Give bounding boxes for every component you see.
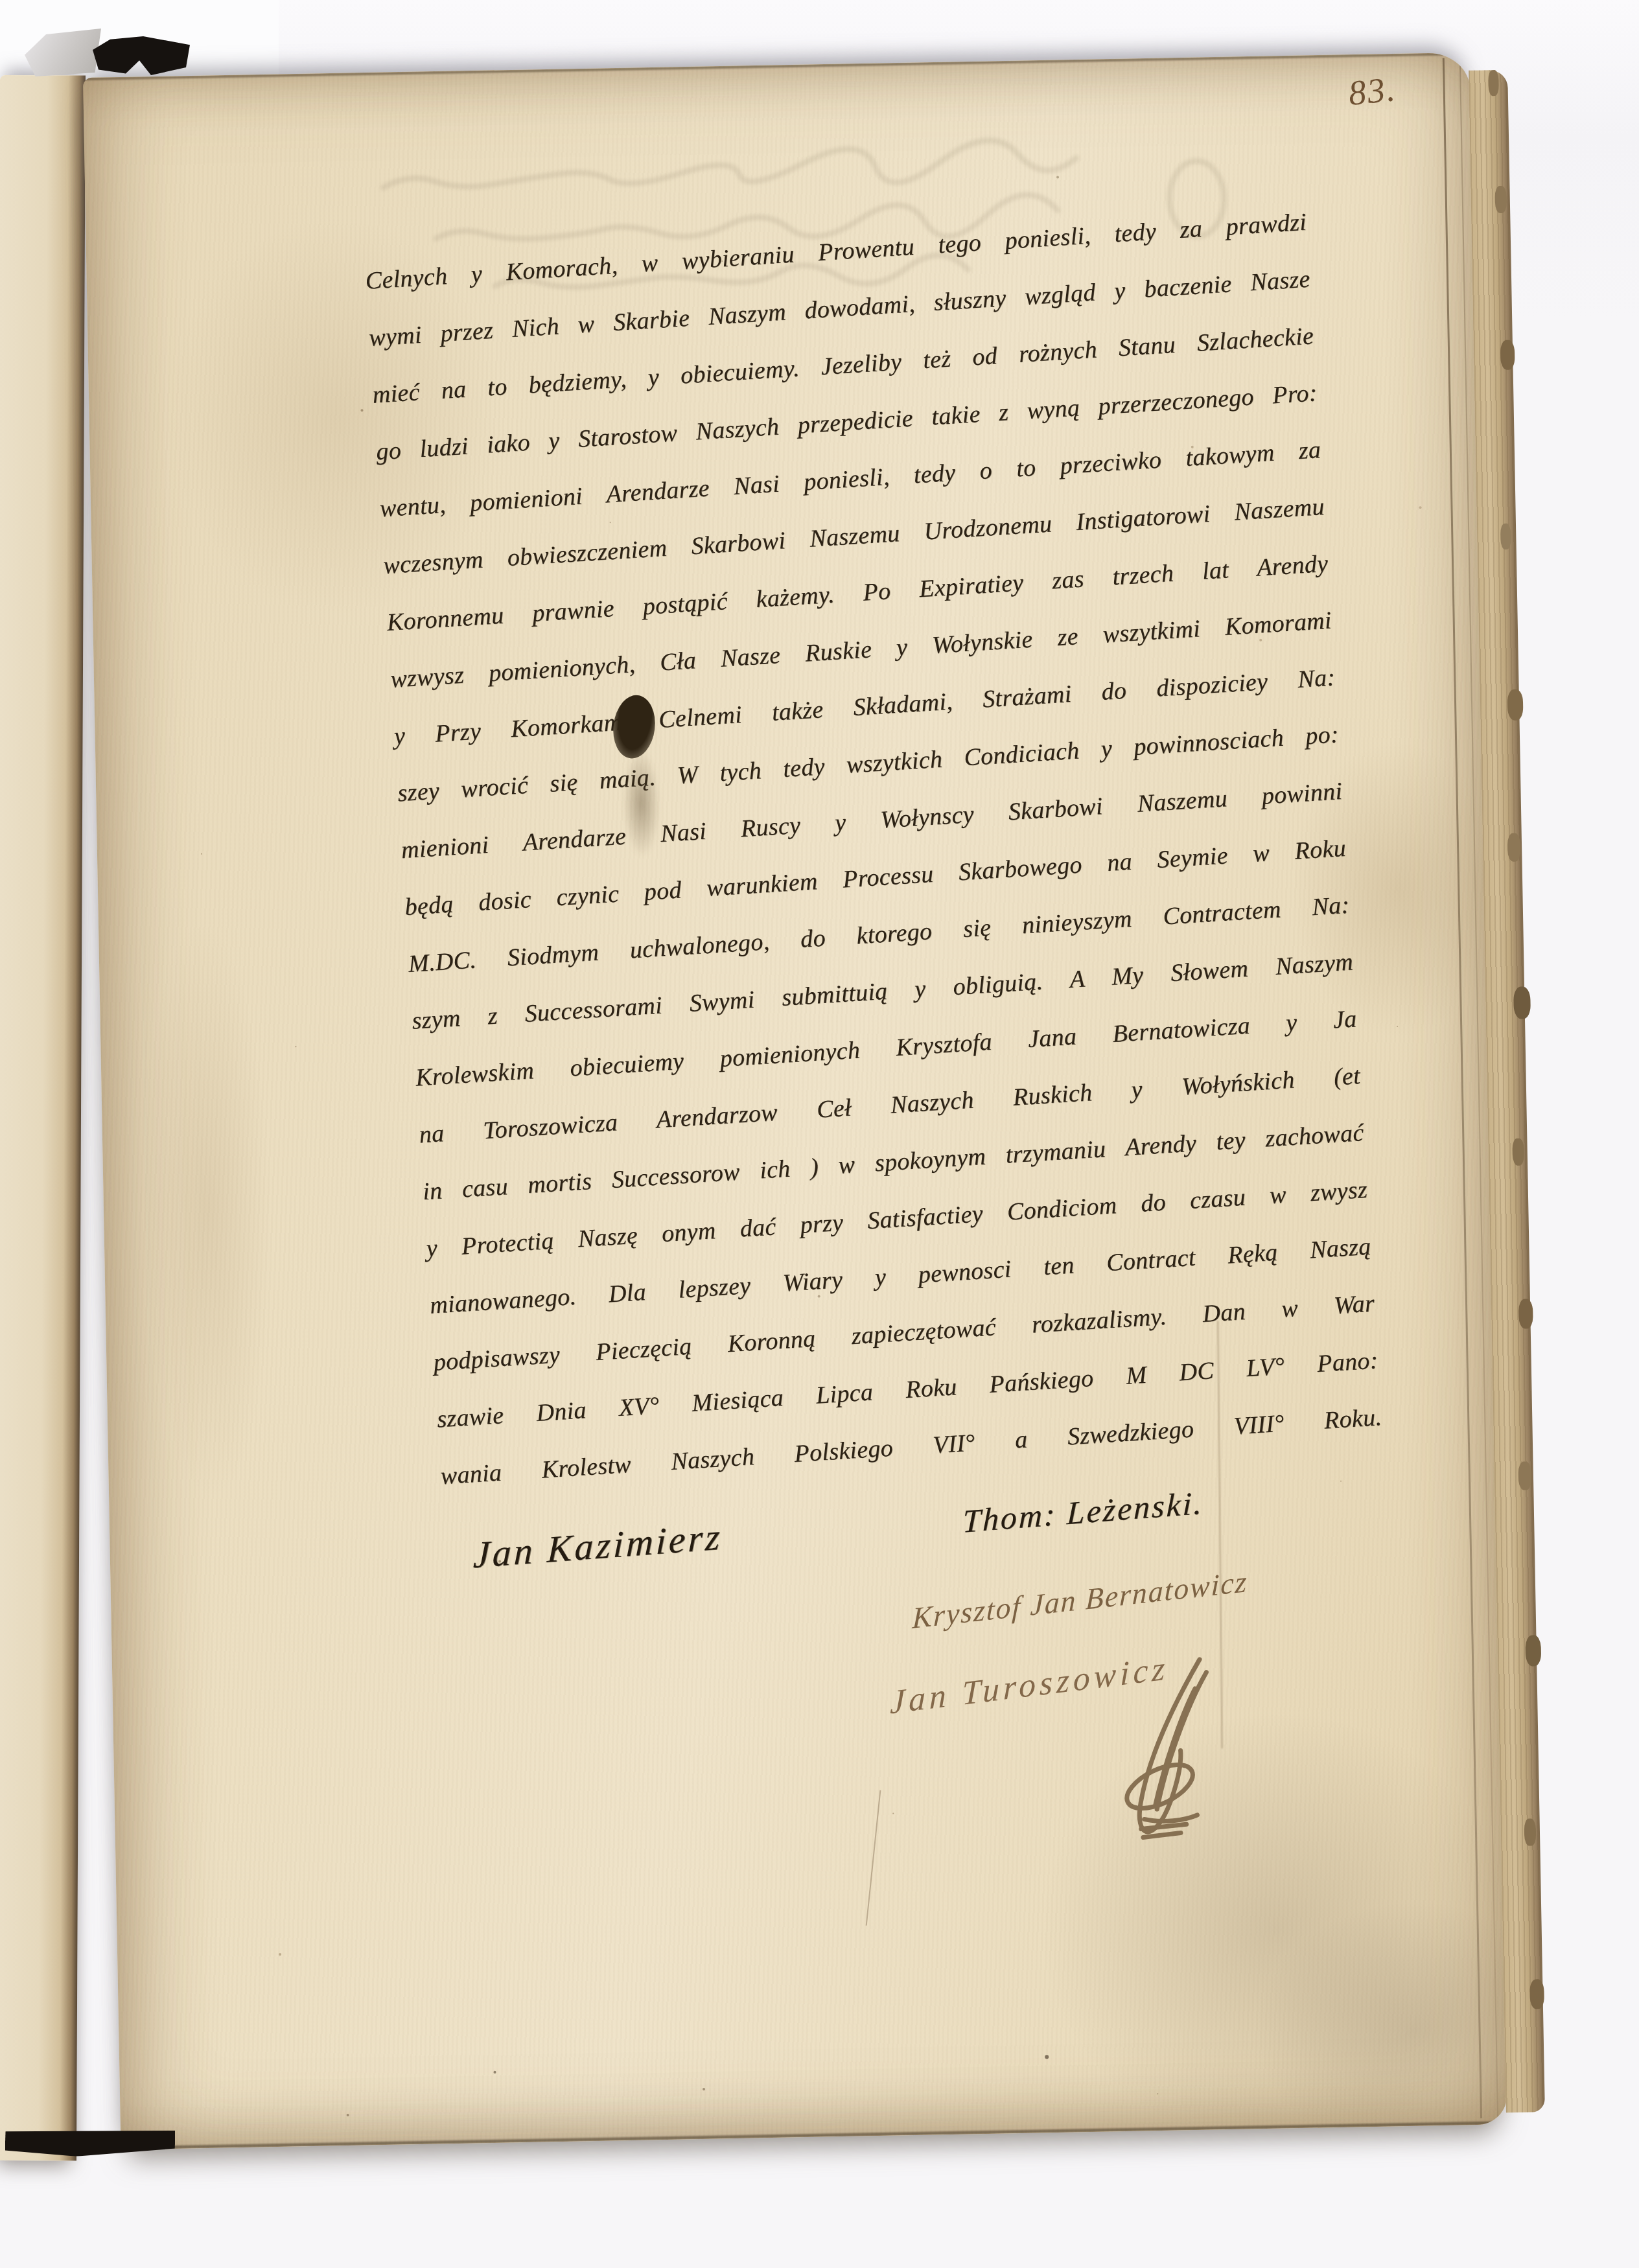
page-surface: 83. Celnych y Komorach, w wybieraniu Pro… xyxy=(83,52,1507,2150)
facing-page-edge xyxy=(0,75,86,2161)
manuscript-text: Celnych y Komorach, w wybieraniu Prowent… xyxy=(364,194,1384,1505)
book-page: 83. Celnych y Komorach, w wybieraniu Pro… xyxy=(83,52,1507,2150)
page-number: 83. xyxy=(1347,69,1399,113)
signature-flourish xyxy=(1102,1652,1229,1849)
torn-edge-chips xyxy=(1488,70,1499,96)
paper-speckles xyxy=(83,78,84,79)
scanned-book-photo: 83. Celnych y Komorach, w wybieraniu Pro… xyxy=(0,0,1639,2268)
